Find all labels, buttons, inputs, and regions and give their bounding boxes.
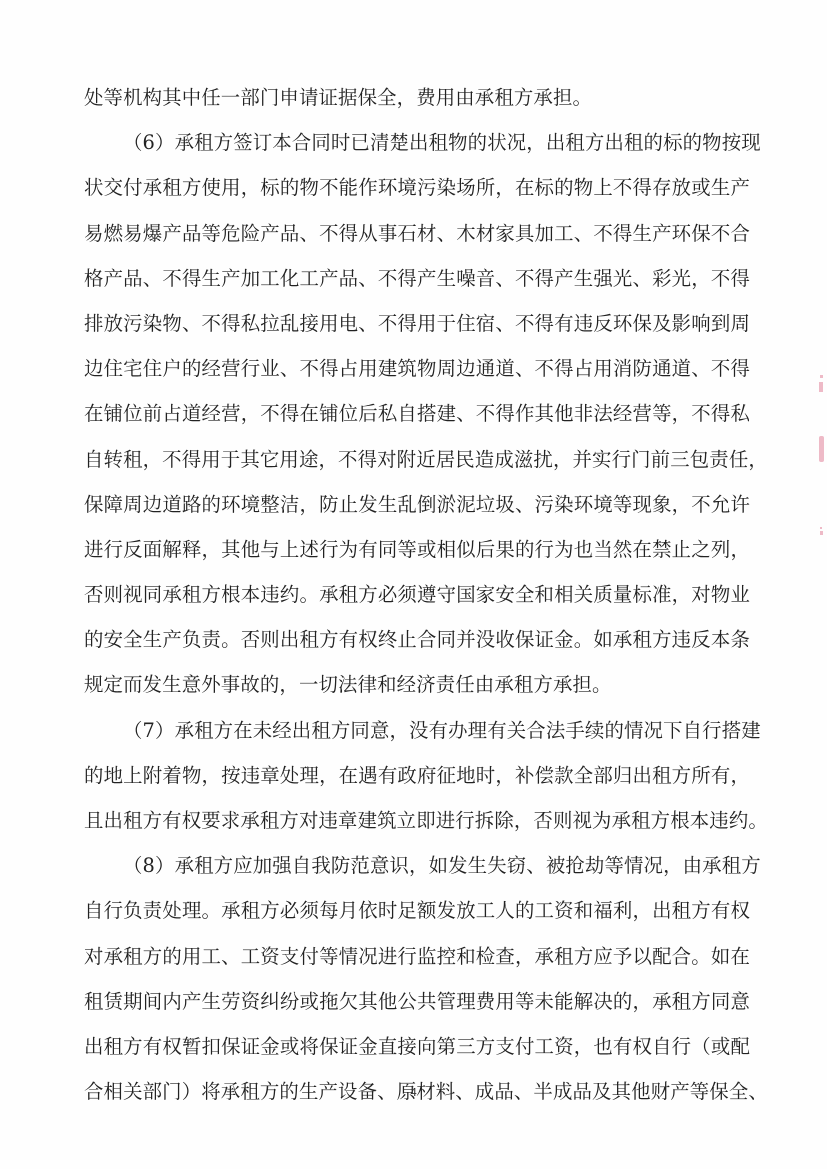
text-line: 保障周边道路的环境整洁，防止发生乱倒淤泥垃圾、污染环境等现象，不允许: [84, 487, 750, 532]
text-line: 的地上附着物，按违章处理，在遇有政府征地时，补偿款全部归出租方所有，: [84, 758, 750, 803]
text-line: 且出租方有权要求承租方对违章建筑立即进行拆除，否则视为承租方根本违约。: [84, 803, 750, 848]
contract-body-text: 处等机构其中任一部门申请证据保全，费用由承租方承担。 （6）承租方签订本合同时已…: [84, 80, 750, 1119]
text-line: 状交付承租方使用，标的物不能作环境污染场所，在标的物上不得存放或生产: [84, 170, 750, 215]
page-number: 4: [0, 1086, 827, 1099]
clause-8-line: （8）承租方应加强自我防范意识，如发生失窃、被抢劫等情况，由承租方: [84, 848, 750, 893]
clause-7-line: （7）承租方在未经出租方同意，没有办理有关合法手续的情况下自行搭建: [84, 713, 750, 758]
text-line: 处等机构其中任一部门申请证据保全，费用由承租方承担。: [84, 80, 750, 125]
seal-fragment-mark: [817, 375, 825, 392]
text-line: 排放污染物、不得私拉乱接用电、不得用于住宿、不得有违反环保及影响到周: [84, 306, 750, 351]
text-line: 自行负责处理。承租方必须每月依时足额发放工人的工资和福利，出租方有权: [84, 893, 750, 938]
seal-fragment-mark: [817, 527, 825, 535]
text-line: 的安全生产负责。否则出租方有权终止合同并没收保证金。如承租方违反本条: [84, 622, 750, 667]
text-line: 规定而发生意外事故的，一切法律和经济责任由承租方承担。: [84, 667, 750, 712]
text-line: 自转租，不得用于其它用途，不得对附近居民造成滋扰，并实行门前三包责任，: [84, 442, 750, 487]
text-line: 格产品、不得生产加工化工产品、不得产生噪音、不得产生强光、彩光，不得: [84, 261, 750, 306]
text-line: 在铺位前占道经营，不得在铺位后私自搭建、不得作其他非法经营等，不得私: [84, 396, 750, 441]
text-line: 进行反面解释，其他与上述行为有同等或相似后果的行为也当然在禁止之列，: [84, 532, 750, 577]
text-line: 易燃易爆产品等危险产品、不得从事石材、木材家具加工、不得生产环保不合: [84, 216, 750, 261]
text-line: 边住宅住户的经营行业、不得占用建筑物周边通道、不得占用消防通道、不得: [84, 351, 750, 396]
clause-6-line: （6）承租方签订本合同时已清楚出租物的状况，出租方出租的标的物按现: [84, 125, 750, 170]
text-line: 租赁期间内产生劳资纠纷或拖欠其他公共管理费用等未能解决的，承租方同意: [84, 984, 750, 1029]
document-page: 处等机构其中任一部门申请证据保全，费用由承租方承担。 （6）承租方签订本合同时已…: [0, 0, 827, 1169]
text-line: 出租方有权暂扣保证金或将保证金直接向第三方支付工资，也有权自行（或配: [84, 1029, 750, 1074]
text-line: 对承租方的用工、工资支付等情况进行监控和检查，承租方应予以配合。如在: [84, 939, 750, 984]
seal-fragment-mark: [817, 436, 825, 462]
text-line: 否则视同承租方根本违约。承租方必须遵守国家安全和相关质量标准，对物业: [84, 577, 750, 622]
